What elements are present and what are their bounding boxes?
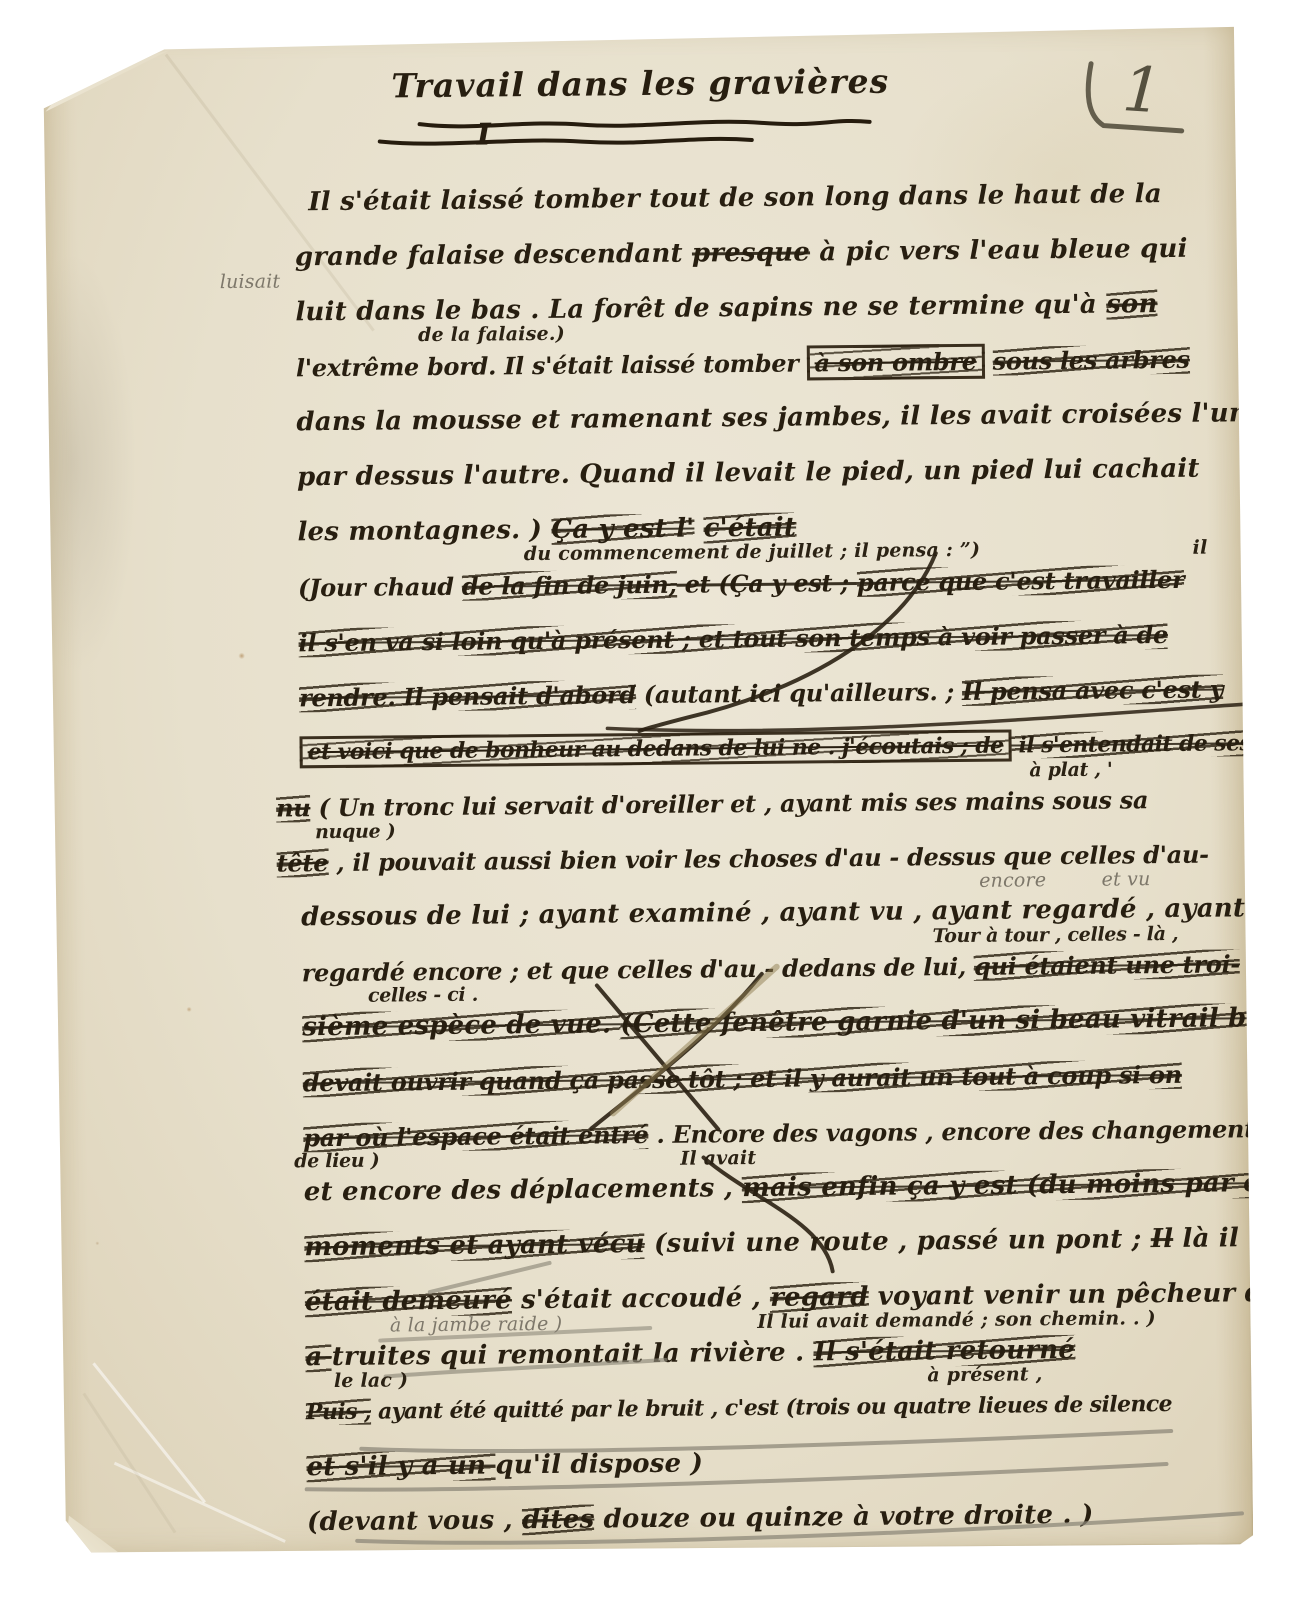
- manuscript-line: tête , il pouvait aussi bien voir les ch…: [276, 826, 1242, 890]
- scribbled-text: Puis ,: [306, 1399, 371, 1426]
- handwritten-text: et encore des déplacements ,: [304, 1173, 743, 1207]
- pencil-annotation: et vu: [1101, 869, 1150, 889]
- handwritten-text: l'extrême bord. Il s'était laissé tomber: [296, 348, 807, 382]
- handwritten-text: voyant venir un pêcheur de: [868, 1278, 1280, 1312]
- handwritten-text: luit dans le bas . La forêt de sapins ne…: [295, 290, 1106, 328]
- manuscript-line: luit dans le bas . La forêt de sapins ne…: [295, 276, 1237, 340]
- scribbled-text: a: [305, 1342, 332, 1372]
- struck-text: Il: [1151, 1224, 1174, 1254]
- handwritten-text: [694, 513, 704, 543]
- manuscript-line: (devant vous , dites douze ou quinze à v…: [307, 1486, 1249, 1550]
- manuscript-line: regardé encore ; et que celles d'au - de…: [301, 936, 1243, 1000]
- scribbled-text: tête: [277, 848, 329, 877]
- scribbled-text: parce que c'est travailler: [857, 565, 1185, 597]
- scribbled-text: il s'entendait de ses y: [1011, 730, 1270, 758]
- handwritten-text: (Jour chaud: [298, 572, 462, 603]
- page-number: 1: [1094, 33, 1190, 148]
- handwritten-text: [984, 347, 992, 376]
- manuscript-line: devait ouvrir quand ça passe tôt ; et il…: [303, 1046, 1245, 1110]
- handwritten-text: regardé encore ; et que celles d'au - de…: [302, 952, 975, 987]
- struck-text: et (Ça y est ;: [676, 568, 857, 599]
- handwritten-text: qu'il dispose ): [495, 1448, 703, 1480]
- interline-annotation: le lac ): [334, 1370, 408, 1391]
- manuscript-line: moments et ayant vécu (suivi une route ,…: [304, 1211, 1246, 1275]
- handwritten-text: truites qui remontait la rivière .: [332, 1337, 814, 1372]
- handwritten-text: à pic vers l'eau bleue qui: [810, 234, 1188, 268]
- scribbled-text: regard: [770, 1282, 869, 1313]
- handwritten-text: (devant vous ,: [307, 1505, 522, 1537]
- scribbled-text: c'était: [703, 513, 796, 544]
- manuscript-line: Il s'était laissé tomber tout de son lon…: [294, 166, 1236, 230]
- interline-annotation: celles - ci .: [368, 985, 478, 1006]
- scribbled-text: sième espèce de vue.: [302, 1009, 620, 1042]
- handwritten-text: (suivi une route , passé un pont ;: [645, 1224, 1151, 1259]
- manuscript-line: Puis , ayant été quitté par le bruit , c…: [306, 1376, 1248, 1440]
- scribbled-text: devait ouvrir quand ça passe tôt ; et il…: [303, 1060, 1182, 1097]
- interline-annotation: à présent ,: [927, 1364, 1042, 1385]
- handwritten-text: les montagnes. ): [297, 515, 551, 547]
- handwritten-text: dans la mousse et ramenant ses jambes, i…: [296, 398, 1264, 437]
- scribbled-text: par où l'espace était entré: [303, 1120, 648, 1152]
- handwritten-text: douze ou quinze à votre droite . ): [594, 1500, 1093, 1535]
- manuscript-line: était demeuré s'était accoudé , regard v…: [305, 1266, 1247, 1330]
- manuscript-lines: Il s'était laissé tomber tout de son lon…: [42, 166, 1253, 1552]
- scribbled-text: nu: [276, 793, 311, 822]
- scribbled-text: était demeuré: [305, 1285, 512, 1317]
- handwritten-text: (autant ici qu'ailleurs. ;: [636, 677, 963, 709]
- handwritten-text: par dessus l'autre. Quand il levait le p…: [297, 454, 1200, 493]
- manuscript-line: par où l'espace était entré . Encore des…: [303, 1101, 1245, 1165]
- manuscript-line: et s'il y a un qu'il dispose ): [306, 1431, 1248, 1495]
- interline-annotation: du commencement de juillet ; il pensa : …: [524, 540, 981, 564]
- manuscript-line: nu ( Un tronc lui servait d'oreiller et …: [276, 771, 1242, 835]
- handwritten-text: grande falaise descendant: [295, 239, 692, 273]
- scribbled-text: qui étaient une troi-: [974, 949, 1240, 981]
- interline-annotation: de la falaise.): [418, 324, 565, 345]
- handwritten-text: s'était accoudé ,: [512, 1283, 771, 1315]
- interline-annotation: Il avait: [680, 1148, 756, 1169]
- scribbled-text: dites: [522, 1505, 595, 1536]
- handwritten-text: Il s'était laissé tomber tout de son lon…: [308, 179, 1162, 217]
- handwritten-text: là il: [1173, 1223, 1239, 1254]
- struck-text: presque: [692, 237, 810, 268]
- handwritten-text: . Encore des vagons , encore des changem…: [648, 1114, 1268, 1149]
- interline-annotation: de lieu ): [294, 1151, 379, 1172]
- scribbled-text: Ça y est l': [551, 514, 694, 545]
- manuscript-line: par dessus l'autre. Quand il levait le p…: [297, 441, 1239, 505]
- manuscript-line: les montagnes. ) Ça y est l' c'étaitdu c…: [297, 496, 1239, 560]
- interline-annotation: à plat , ': [1029, 760, 1112, 781]
- pencil-annotation: encore: [979, 870, 1046, 891]
- handwritten-text: , il pouvait aussi bien voir les choses …: [328, 840, 1209, 877]
- handwritten-text: ayant été quitté par le bruit , c'est (t…: [371, 1391, 1172, 1425]
- scribbled-text: Il pensa avec c'est y: [962, 674, 1223, 706]
- scribbled-text: moments et ayant vécu: [304, 1229, 645, 1262]
- interline-annotation: Tour à tour , celles - là ,: [932, 924, 1178, 946]
- scribbled-text: et s'il y a un: [306, 1450, 495, 1482]
- manuscript-line: grande falaise descendant presque à pic …: [295, 221, 1237, 285]
- pencil-annotation: à la jambe raide ): [390, 1314, 563, 1336]
- scribbled-text: il s'en va si loin qu'à présent ; et tou…: [298, 620, 1168, 657]
- scribbled-text: de la fin de juin,: [462, 570, 677, 601]
- chapter-numeral: I: [0, 112, 1083, 163]
- scribbled-text: son: [1106, 289, 1158, 319]
- scribbled-text: rendre. Il pensait d'abord: [299, 680, 636, 712]
- manuscript-line: il s'en va si loin qu'à présent ; et tou…: [298, 606, 1240, 670]
- scribbled-text: mais enfin ça y est (du moins par où les: [742, 1167, 1290, 1203]
- pencil-annotation: luisait: [220, 271, 281, 292]
- page-title: Travail dans les gravières: [41, 58, 1239, 113]
- interline-annotation: nuque ): [315, 821, 396, 842]
- manuscript-line: et encore des déplacements , mais enfin …: [304, 1156, 1246, 1220]
- manuscript-line: rendre. Il pensait d'abord (autant ici q…: [299, 661, 1241, 725]
- boxed-struck-text: et voici que de bonheur au dedans de lui…: [299, 729, 1011, 768]
- manuscript-page: 1 Travail dans les gravières I Il s'étai…: [41, 22, 1254, 1555]
- manuscript-line: dans la mousse et ramenant ses jambes, i…: [296, 386, 1238, 450]
- scribbled-text: sous les arbres: [993, 345, 1190, 376]
- handwritten-text: ( Un tronc lui servait d'oreiller et , a…: [310, 785, 1148, 822]
- boxed-struck-text: à son ombre: [806, 344, 984, 381]
- scribbled-text: (Cette fenêtre garnie d'un si beau vitra…: [620, 1003, 1290, 1039]
- interline-annotation: Il lui avait demandé ; son chemin. . ): [757, 1308, 1156, 1332]
- interline-annotation: il: [1193, 538, 1208, 558]
